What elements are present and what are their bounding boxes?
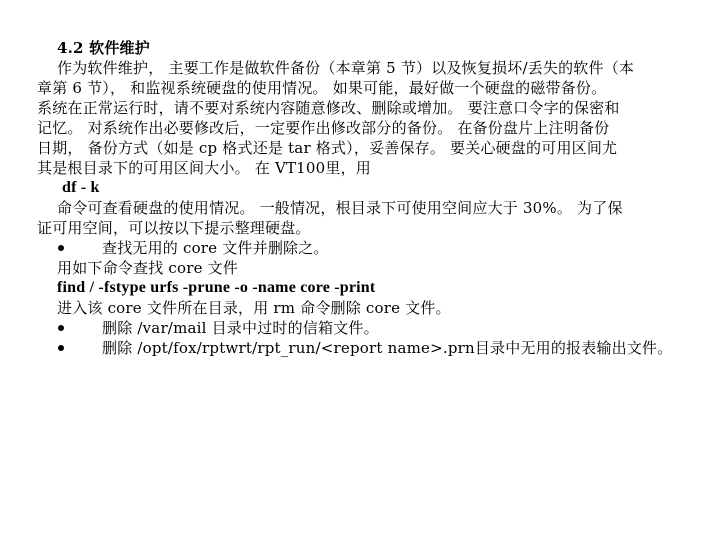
paragraph-line: 作为软件维护， 主要工作是做软件备份（本章第 5 节）以及恢复损坏/丢失的软件（… [57,58,634,78]
command-find: find / -fstype urfs -prune -o -name core… [57,278,375,298]
bullet-item: 删除 /opt/fox/rptwrt/rpt_run/<report name>… [102,338,672,358]
section-heading: 4.2 软件维护 [57,38,150,58]
bullet-item: 查找无用的 core 文件并删除之。 [102,238,329,258]
paragraph-line: 证可用空间，可以按以下提示整理硬盘。 [37,218,311,238]
paragraph-line: 命令可查看硬盘的使用情况。 一般情况，根目录下可使用空间应大于 30%。 为了保 [57,198,623,218]
bullet-item: 删除 /var/mail 目录中过时的信箱文件。 [102,318,379,338]
paragraph-line: 进入该 core 文件所在目录，用 rm 命令删除 core 文件。 [57,298,451,318]
paragraph-line: 章第 6 节）， 和监视系统硬盘的使用情况。 如果可能，最好做一个硬盘的磁带备份… [37,78,606,98]
paragraph-line: 其是根目录下的可用区间大小。 在 VT100里，用 [37,158,371,178]
paragraph-line: 系统在正常运行时，请不要对系统内容随意修改、删除或增加。 要注意口令字的保密和 [37,98,620,118]
bullet-icon [58,345,64,351]
paragraph-line: 用如下命令查找 core 文件 [57,258,238,278]
command-df: df - k [62,178,100,198]
paragraph-line: 日期， 备份方式（如是 cp 格式还是 tar 格式），妥善保存。 要关心硬盘的… [37,138,617,158]
paragraph-line: 记忆。 对系统作出必要修改后，一定要作出修改部分的备份。 在备份盘片上注明备份 [37,118,609,138]
bullet-icon [58,245,64,251]
bullet-icon [58,325,64,331]
